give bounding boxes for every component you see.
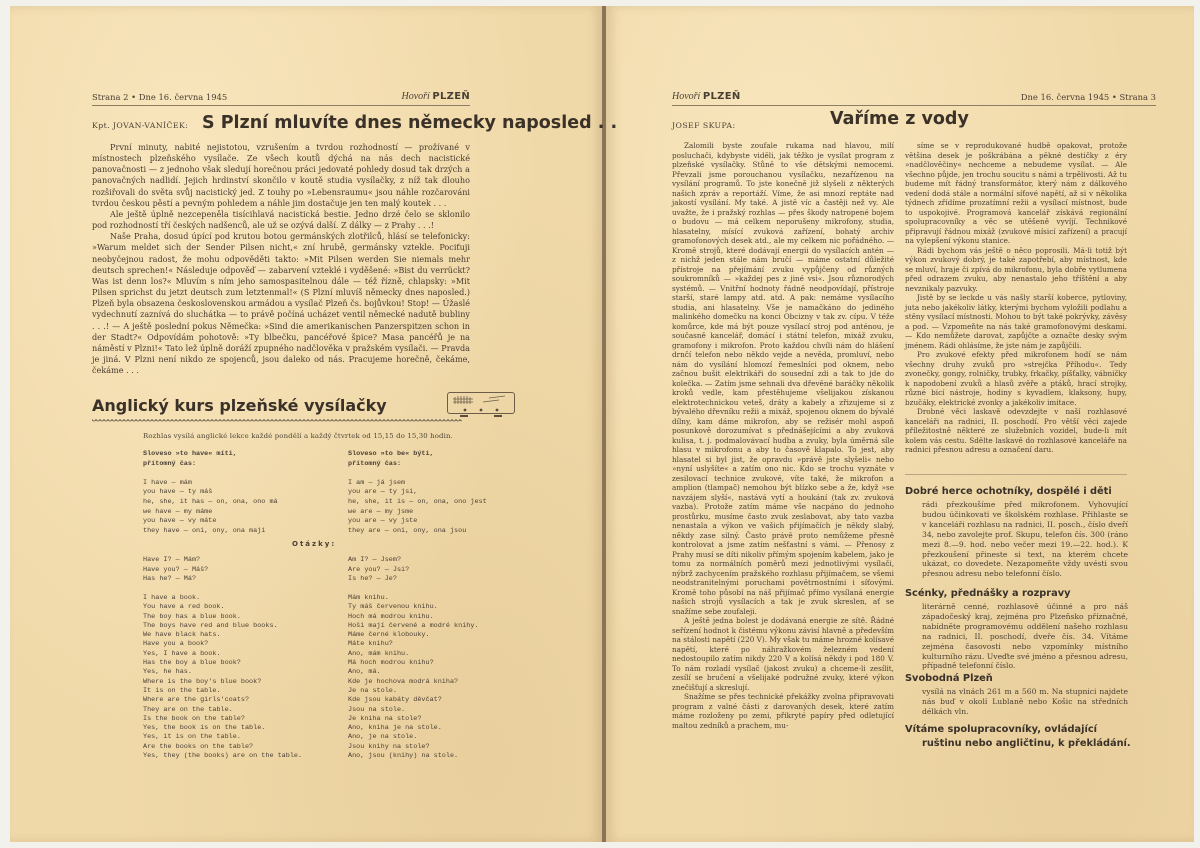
sentence-cz: Kde je hochova modrá kniha? [348, 678, 458, 686]
sentence-en: Yes, it is on the table. [143, 733, 241, 741]
sentence-en: Has the boy a blue book? [143, 659, 241, 667]
questions-label: Otázky: [292, 540, 336, 548]
closing-line-2: ruštinu nebo angličtinu, k překládání. [922, 738, 1131, 749]
notice-text: rádi přezkoušíme před mikrofonem. Vyhovu… [922, 500, 1128, 579]
sentence-en: Yes, I have a book. [143, 650, 221, 658]
sentence-cz: Je kniha na stole? [348, 715, 421, 723]
conjugation-line: you have — vy máte [143, 517, 216, 525]
brand-italic: Hovoří [672, 91, 700, 102]
page-number-date: Dne 16. června 1945 • Strana 3 [1021, 92, 1156, 102]
sentence-cz: Hoch má modrou knihu. [348, 613, 434, 621]
article-byline: Kpt. JOVAN-VANÍČEK: [92, 121, 188, 130]
radio-icon [447, 392, 515, 414]
conjugation-line: he, she, it has — on, ona, ono má [143, 498, 278, 506]
article-paragraph: síme se v reprodukované hudbě opakovat, … [905, 141, 1127, 246]
sentence-en: The boy has a blue book. [143, 613, 241, 621]
brand-bold: PLZEŇ [432, 91, 470, 102]
sentence-cz: Je na stole. [348, 687, 397, 695]
publication-brand: Hovoří PLZEŇ [672, 91, 741, 102]
article-paragraph: Rádi bychom vás ještě o něco poprosili. … [905, 246, 1127, 294]
notice-heading: Scénky, přednášky a rozpravy [905, 588, 1071, 599]
czech-sentences: Mám knihu. Ty máš červenou knihu. Hoch m… [348, 594, 479, 761]
sentence-en: Where is the boy's blue book? [143, 678, 261, 686]
sentence-en: Where are the girls'coats? [143, 696, 249, 704]
question-line: Have you? — Máš? [143, 566, 208, 574]
be-conjugation: Sloveso »to be« býti, přítomný čas: I am… [348, 450, 487, 536]
sentence-en: Have you a book? [143, 640, 208, 648]
be-heading: Sloveso »to be« býti, [348, 450, 434, 458]
article-paragraph: První minuty, nabité nejistotou, vzrušen… [92, 142, 470, 209]
conjugation-line: they are — oni, ony, ona jsou [348, 527, 466, 535]
brand-italic: Hovoří [402, 91, 430, 102]
sentence-cz: Ano, je na stole. [348, 733, 417, 741]
question-line: Are you? — Jsi? [348, 566, 409, 574]
sentence-en: Yes, the book is on the table. [143, 724, 265, 732]
article-headline: S Plzní mluvíte dnes německy naposled . … [202, 113, 617, 133]
english-sentences: I have a book. You have a red book. The … [143, 594, 302, 761]
question-line: Is he? — Je? [348, 575, 397, 583]
question-line: Has he? — Má? [143, 575, 196, 583]
sentence-cz: Ano, jsou (knihy) na stole. [348, 752, 458, 760]
sentence-cz: Jsou knihy na stole? [348, 743, 430, 751]
sentence-cz: Ano, kniha je na stole. [348, 724, 442, 732]
sentence-cz: Ty máš červenou knihu. [348, 603, 438, 611]
conjugation-line: you are — ty jsi, [348, 488, 417, 496]
have-conjugation: Sloveso »to have« míti, přítomný čas: I … [143, 450, 278, 536]
sentence-en: You have a red book. [143, 603, 225, 611]
sentence-en: Is the book on the table? [143, 715, 245, 723]
sentence-cz: Má hoch modrou knihu? [348, 659, 434, 667]
sentence-en: They are on the table. [143, 706, 233, 714]
article-paragraph: Ale ještě úplně nezcepeněla tisícihlavá … [92, 209, 470, 231]
article-paragraph: Drobné věci laskavě odevzdejte v naší ro… [905, 407, 1127, 455]
sentence-en: The boys have red and blue books. [143, 622, 278, 630]
sentence-cz: Kde jsou kabáty děvčat? [348, 696, 442, 704]
conjugation-line: we have — my máme [143, 508, 212, 516]
article-column-1: Zalomili byste zoufale rukama nad hlavou… [672, 141, 894, 730]
left-running-header: Strana 2 • Dne 16. června 1945 Hovoří PL… [92, 86, 470, 106]
question-line: Am I? — Jsem? [348, 556, 401, 564]
conjugation-line: you are — vy jste [348, 517, 417, 525]
sentence-cz: Máme černé klobouky. [348, 631, 430, 639]
sentence-cz: Ano, má. [348, 668, 381, 676]
article-column-2: síme se v reprodukované hudbě opakovat, … [905, 141, 1127, 455]
sentence-en: Are the books on the table? [143, 743, 253, 751]
article-paragraph: A ještě jedna bolest je dodávaná energie… [672, 616, 894, 692]
sentence-cz: Mám knihu. [348, 594, 389, 602]
sentence-en: Yes, he has. [143, 668, 192, 676]
wavy-divider [92, 419, 462, 423]
article-paragraph: Naše Praha, dosud úpící pod krutou botou… [92, 231, 470, 376]
publication-brand: Hovoří PLZEŇ [402, 91, 471, 102]
conjugation-line: we are — my jsme [348, 508, 413, 516]
sentence-en: We have black hats. [143, 631, 221, 639]
notice-text: literárně cenné, rozhlasově účinné a pro… [922, 602, 1128, 671]
notice-text: vysílá na vlnách 261 m a 560 m. Na stupn… [922, 687, 1128, 717]
conjugation-line: they have — oni, ony, ona mají [143, 527, 265, 535]
conjugation-line: he, she, it is — on, ona, ono jest [348, 498, 487, 506]
course-schedule: Rozhlas vysílá anglické lekce každé pond… [143, 432, 453, 440]
article-paragraph: Zalomili byste zoufale rukama nad hlavou… [672, 141, 894, 616]
article-paragraph: Pro zvukové efekty před mikrofonem hodí … [905, 350, 1127, 407]
notice-heading: Dobré herce ochotníky, dospělé i děti [905, 486, 1112, 497]
page-number-date: Strana 2 • Dne 16. června 1945 [92, 92, 227, 102]
right-running-header: Hovoří PLZEŇ Dne 16. června 1945 • Stran… [672, 86, 1156, 106]
question-line: Have I? — Mám? [143, 556, 200, 564]
sentence-cz: Ano, mám knihu. [348, 650, 409, 658]
questions-have: Have I? — Mám? Have you? — Máš? Has he? … [143, 556, 208, 585]
sentence-cz: Jsou na stole. [348, 706, 405, 714]
closing-line-1: Vítáme spolupracovníky, ovládající [905, 724, 1097, 735]
notice-heading: Svobodná Plzeň [905, 673, 993, 684]
sentence-en: It is on the table. [143, 687, 221, 695]
sentence-en: I have a book. [143, 594, 200, 602]
sentence-cz: Hoši mají červené a modré knihy. [348, 622, 479, 630]
sentence-cz: Máte knihu? [348, 640, 393, 648]
article-paragraph: Jistě by se leckde u vás našly starší ko… [905, 293, 1127, 350]
section-divider [905, 474, 1127, 475]
conjugation-line: you have — ty máš [143, 488, 212, 496]
brand-bold: PLZEŇ [703, 91, 741, 102]
have-subheading: přítomný čas: [143, 460, 196, 468]
questions-be: Am I? — Jsem? Are you? — Jsi? Is he? — J… [348, 556, 409, 585]
article-paragraph: Snažíme se přes technické překážky zvoln… [672, 692, 894, 730]
conjugation-line: I am — já jsem [348, 479, 405, 487]
article-byline: JOSEF SKUPA: [672, 121, 736, 130]
course-headline: Anglický kurs plzeňské vysílačky [92, 396, 387, 415]
article-headline: Vaříme z vody [830, 109, 969, 129]
article-body: První minuty, nabité nejistotou, vzrušen… [92, 142, 470, 376]
sentence-en: Yes, they (the books) are on the table. [143, 752, 302, 760]
have-heading: Sloveso »to have« míti, [143, 450, 237, 458]
be-subheading: přítomný čas: [348, 460, 401, 468]
conjugation-line: I have — mám [143, 479, 192, 487]
